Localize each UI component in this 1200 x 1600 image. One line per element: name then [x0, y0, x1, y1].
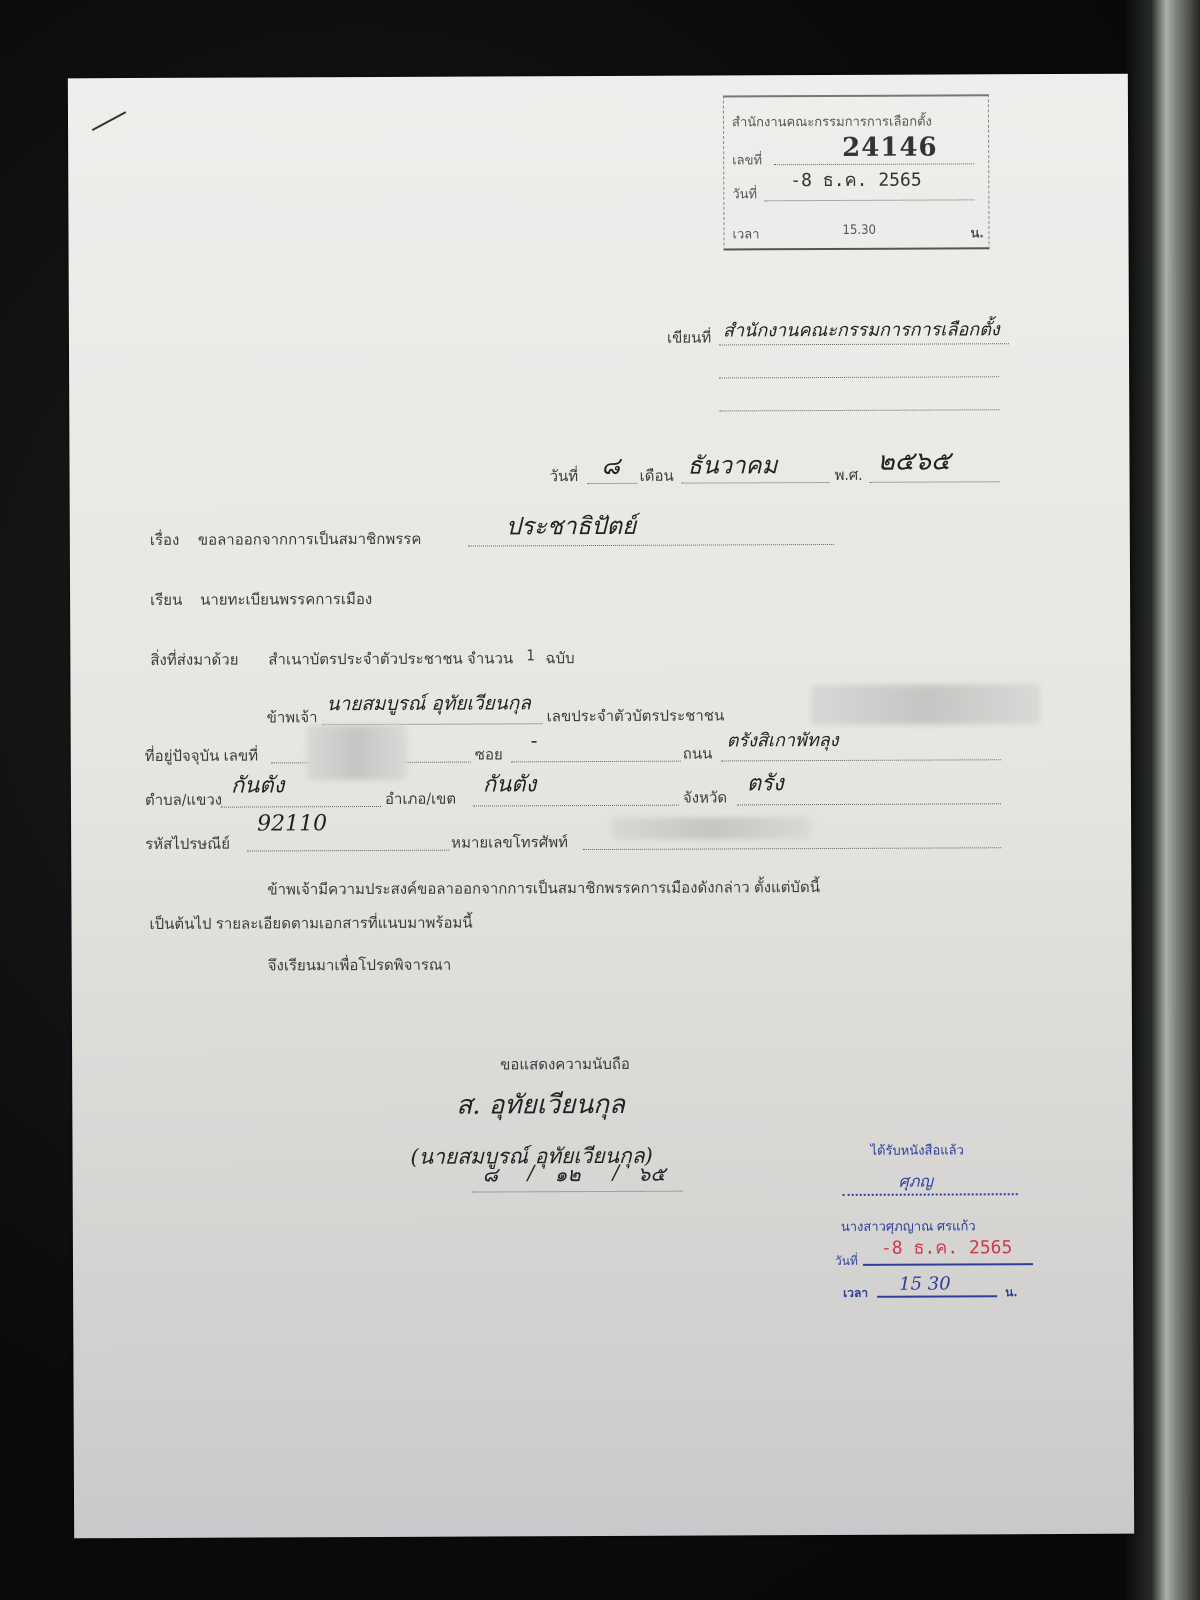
- ack-date-line: [863, 1263, 1033, 1266]
- date-year: ๒๕๖๕: [877, 440, 950, 481]
- ack-time-unit: น.: [1005, 1283, 1017, 1302]
- soi-value: -: [531, 728, 538, 752]
- written-at-line-2: [719, 359, 999, 378]
- to-text: นายทะเบียนพรรคการเมือง: [200, 587, 372, 612]
- written-at-line-3: [719, 392, 999, 411]
- signature-date-day: ๘: [483, 1158, 499, 1190]
- house-no-redacted: [307, 725, 407, 780]
- stamp-date: -8 ธ.ค. 2565: [790, 165, 922, 195]
- stamp-number-label: เลขที่: [732, 149, 762, 170]
- written-at-value: สำนักงานคณะกรรมการการเลือกตั้ง: [723, 314, 1000, 344]
- stamp-time: 15.30: [842, 223, 876, 238]
- province-label: จังหวัด: [683, 785, 727, 809]
- phone-redacted: [611, 817, 811, 840]
- soi-label: ซอย: [475, 742, 503, 766]
- date-day-label: วันที่: [550, 464, 579, 488]
- ack-initials: ศุภญ: [899, 1170, 933, 1195]
- resignation-letter: สำนักงานคณะกรรมการการเลือกตั้ง เลขที่ 24…: [68, 74, 1134, 1539]
- ack-title: ได้รับหนังสือแล้ว: [870, 1139, 963, 1160]
- pen-mark: [92, 111, 126, 131]
- postcode-label: รหัสไปรษณีย์: [145, 832, 230, 856]
- phone-label: หมายเลขโทรศัพท์: [451, 830, 568, 855]
- signature-date-month: ๑๒: [555, 1158, 581, 1190]
- stamp-number: 24146: [842, 133, 938, 163]
- signature-date-sep1: /: [528, 1160, 535, 1184]
- stamp-time-label: เวลา: [732, 223, 759, 244]
- body-paragraph-line2: เป็นต้นไป รายละเอียดตามเอกสารที่แนบมาพร้…: [149, 911, 472, 936]
- subject-text: ขอลาออกจากการเป็นสมาชิกพรรค: [198, 527, 422, 552]
- countertop-edge: [1125, 0, 1200, 1600]
- applicant-name: นายสมบูรณ์ อุทัยเวียนกุล: [326, 688, 530, 719]
- applicant-id-label: เลขประจำตัวบัตรประชาชน: [547, 703, 725, 728]
- date-month-label: เดือน: [640, 464, 674, 488]
- date-day: ๘: [601, 446, 620, 485]
- road-label: ถนน: [683, 742, 713, 766]
- district-label: อำเภอ/เขต: [385, 787, 456, 811]
- ack-stamp: ได้รับหนังสือแล้ว ศุภญ นางสาวศุภญาณ ศรแก…: [832, 1139, 1033, 1310]
- district-value: กันตัง: [483, 766, 537, 801]
- road-value: ตรังสิเกาพัทลุง: [727, 725, 839, 754]
- subdistrict-label: ตำบล/แขวง: [145, 788, 222, 812]
- receipt-stamp: สำนักงานคณะกรรมการการเลือกตั้ง เลขที่ 24…: [723, 94, 990, 250]
- enclosure-text: สำเนาบัตรประจำตัวประชาชน จำนวน: [268, 646, 513, 671]
- stamp-time-unit: น.: [970, 222, 983, 243]
- date-year-label: พ.ศ.: [835, 463, 863, 487]
- enclosure-count: 1: [526, 646, 535, 664]
- signature: ส. อุทัยเวียนกุล: [456, 1084, 625, 1126]
- to-label: เรียน: [150, 588, 182, 612]
- body-closing-request: จึงเรียนมาเพื่อโปรดพิจารณา: [268, 953, 452, 978]
- ack-time: 15 30: [899, 1273, 951, 1294]
- ack-sign-line: [843, 1193, 1018, 1196]
- ack-time-line: [877, 1295, 997, 1298]
- date-month: ธันวาคม: [687, 445, 777, 484]
- signature-date-year: ๖๕: [638, 1158, 666, 1190]
- enclosure-label: สิ่งที่ส่งมาด้วย: [150, 648, 238, 672]
- ack-time-label: เวลา: [843, 1284, 868, 1303]
- subdistrict-value: กันตัง: [231, 767, 285, 802]
- ack-date: -8 ธ.ค. 2565: [881, 1232, 1013, 1262]
- postcode-value: 92110: [257, 811, 327, 836]
- applicant-id-redacted: [810, 684, 1040, 725]
- stamp-office: สำนักงานคณะกรรมการการเลือกตั้ง: [732, 111, 932, 133]
- signature-date-sep2: /: [613, 1160, 620, 1184]
- body-paragraph-line1: ข้าพเจ้ามีความประสงค์ขอลาออกจากการเป็นสม…: [267, 875, 820, 901]
- ack-date-label: วันที่: [835, 1252, 858, 1271]
- written-at-label: เขียนที่: [667, 326, 711, 350]
- enclosure-unit: ฉบับ: [545, 646, 574, 670]
- stamp-date-label: วันที่: [732, 183, 757, 204]
- signature-closing: ขอแสดงความนับถือ: [500, 1052, 630, 1077]
- address-label: ที่อยู่ปัจจุบัน เลขที่: [145, 743, 258, 767]
- subject-label: เรื่อง: [150, 528, 180, 552]
- subject-party: ประชาธิปัตย์: [506, 506, 636, 546]
- province-value: ตรัง: [747, 765, 784, 800]
